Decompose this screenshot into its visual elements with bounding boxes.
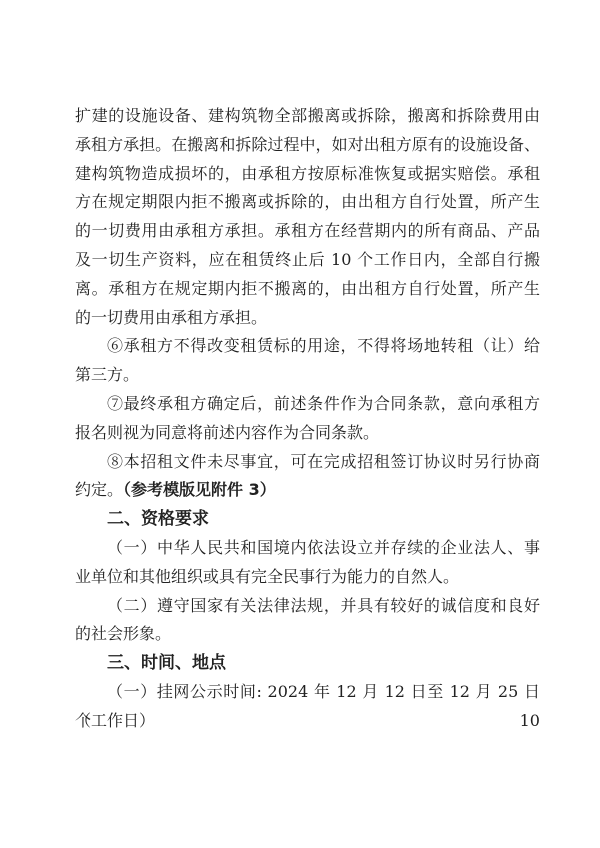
text-line: （一）挂网公示时间: 2024 年 12 月 12 日至 12 月 25 日（1… (75, 678, 540, 707)
text-line: 的社会形象。 (75, 620, 540, 649)
section-2-heading-qualification: 二、资格要求 (75, 505, 540, 534)
text-line: 的一切费用由承租方承担。 (75, 304, 540, 333)
text-line: 第三方。 (75, 361, 540, 390)
text-segment: 约定。 (75, 480, 123, 499)
text-line: 建构筑物造成损坏的，由承租方按原标准恢复或据实赔偿。承租 (75, 160, 540, 189)
text-line: ⑧本招租文件未尽事宜，可在完成招租签订协议时另行协商 (75, 448, 540, 477)
heading-line: 三、时间、地点 (75, 649, 540, 678)
text-line: ⑦最终承租方确定后，前述条件作为合同条款，意向承租方 (75, 390, 540, 419)
clause-6-no-sublease: ⑥承租方不得改变租赁标的用途，不得将场地转租（让）给第三方。 (75, 332, 540, 390)
text-line: 的一切费用由承租方承担。承租方在经营期内的所有商品、产品 (75, 217, 540, 246)
text-line: 承租方承担。在搬离和拆除过程中，如对出租方原有的设施设备、 (75, 131, 540, 160)
text-line: （二）遵守国家有关法律法规，并具有较好的诚信度和良好 (75, 592, 540, 621)
text-line: 及一切生产资料，应在租赁终止后 10 个工作日内，全部自行搬 (75, 246, 540, 275)
text-line: 约定。（参考模版见附件 3） (75, 476, 540, 505)
section-3-heading-time-place: 三、时间、地点 (75, 649, 540, 678)
clause-continuation-removal-terms: 扩建的设施设备、建构筑物全部搬离或拆除，搬离和拆除费用由承租方承担。在搬离和拆除… (75, 102, 540, 332)
time-item-1-publicity-period: （一）挂网公示时间: 2024 年 12 月 12 日至 12 月 25 日（1… (75, 678, 540, 736)
document-page: 扩建的设施设备、建构筑物全部搬离或拆除，搬离和拆除费用由承租方承担。在搬离和拆除… (0, 0, 600, 848)
clause-7-contract-terms: ⑦最终承租方确定后，前述条件作为合同条款，意向承租方报名则视为同意将前述内容作为… (75, 390, 540, 448)
text-line: （一）中华人民共和国境内依法设立并存续的企业法人、事 (75, 534, 540, 563)
text-line: 扩建的设施设备、建构筑物全部搬离或拆除，搬离和拆除费用由 (75, 102, 540, 131)
heading-line: 二、资格要求 (75, 505, 540, 534)
text-line: 报名则视为同意将前述内容作为合同条款。 (75, 419, 540, 448)
qualification-item-1: （一）中华人民共和国境内依法设立并存续的企业法人、事业单位和其他组织或具有完全民… (75, 534, 540, 592)
bold-note-segment: （参考模版见附件 3） (123, 480, 276, 499)
clause-8-unsettled-matters: ⑧本招租文件未尽事宜，可在完成招租签订协议时另行协商约定。（参考模版见附件 3） (75, 448, 540, 506)
document-content: 扩建的设施设备、建构筑物全部搬离或拆除，搬离和拆除费用由承租方承担。在搬离和拆除… (75, 102, 540, 736)
text-line: 离。承租方在规定期内拒不搬离的，由出租方自行处置，所产生 (75, 275, 540, 304)
qualification-item-2: （二）遵守国家有关法律法规，并具有较好的诚信度和良好的社会形象。 (75, 592, 540, 650)
text-line: 方在规定期限内拒不搬离或拆除的，由出租方自行处置，所产生 (75, 188, 540, 217)
text-line: 业单位和其他组织或具有完全民事行为能力的自然人。 (75, 563, 540, 592)
text-line: ⑥承租方不得改变租赁标的用途，不得将场地转租（让）给 (75, 332, 540, 361)
